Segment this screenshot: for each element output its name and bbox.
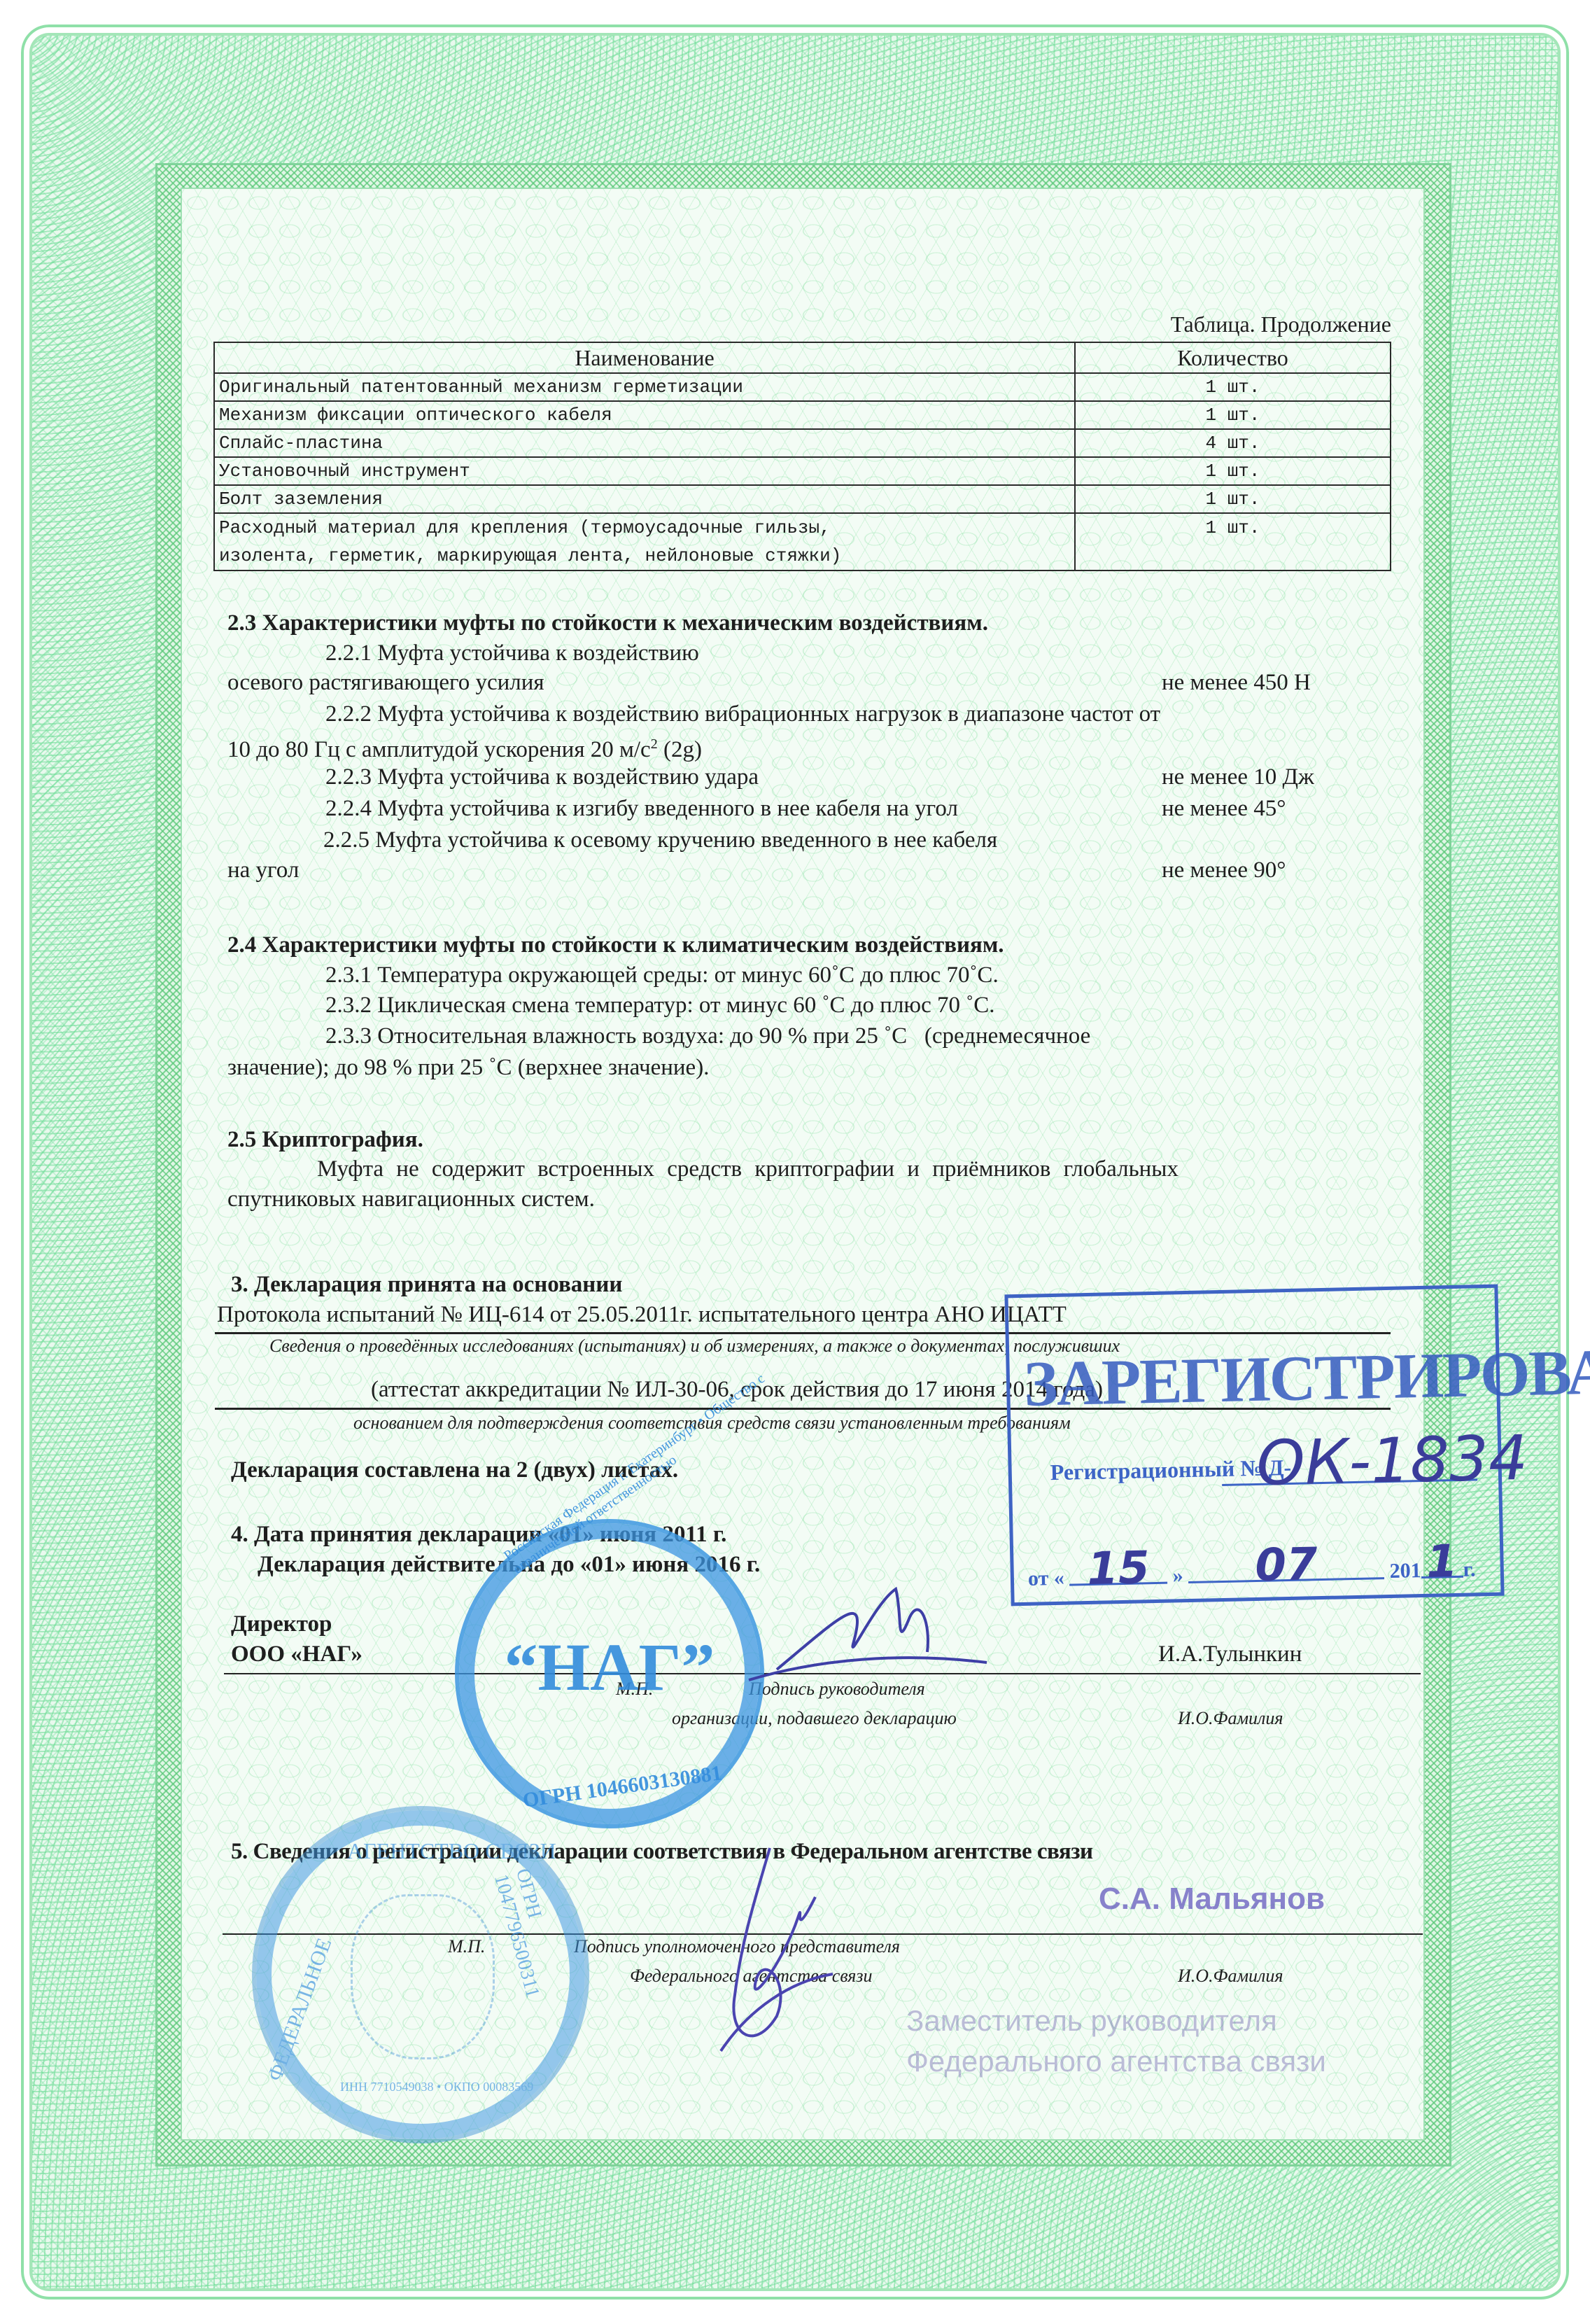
registration-year-digit: 1: [1421, 1548, 1463, 1578]
item-2-3-2: 2.3.2 Циклическая смена температур: от м…: [325, 991, 994, 1019]
superscript: 2: [651, 736, 658, 752]
table-caption: Таблица. Продолжение: [1076, 311, 1391, 337]
registration-stamp: ЗАРЕГИСТРИРОВАНО Регистрационный № Д- ОК…: [1004, 1284, 1504, 1606]
text: »: [1172, 1564, 1183, 1587]
section-3-heading: 3. Декларация принята на основании: [231, 1270, 622, 1298]
item-2-2-2-cont: 10 до 80 Гц с амплитудой ускорения 20 м/…: [227, 730, 702, 764]
table-row: Сплайс-пластина4 шт.: [214, 429, 1391, 457]
components-table: Наименование Количество Оригинальный пат…: [213, 342, 1391, 571]
registration-month: 07: [1188, 1549, 1385, 1583]
item-name: Сплайс-пластина: [214, 429, 1075, 457]
table-row: Оригинальный патентованный механизм герм…: [214, 373, 1391, 401]
item-2-3-3: 2.3.3 Относительная влажность воздуха: д…: [325, 1022, 1382, 1050]
agency-seal: АГЕНТСТВО СВЯЗИ ФЕДЕРАЛЬНОЕ ОГРН 1047796…: [252, 1806, 589, 2143]
item-2-3-1: 2.3.1 Температура окружающей среды: от м…: [325, 961, 999, 989]
item-name: Установочный инструмент: [214, 457, 1075, 485]
agency-signature: [693, 1841, 847, 2058]
position-stamp-line: Заместитель руководителя: [906, 2001, 1326, 2041]
registration-date: от « 15 » 07 2011г.: [1027, 1547, 1475, 1590]
item-2-2-1-value: не менее 450 Н: [1162, 668, 1311, 696]
company-seal: Российская Федерация г. Екатеринбург • О…: [455, 1519, 764, 1828]
signer-name-stamp: С.А. Мальянов: [1099, 1882, 1325, 1917]
item-quantity: 1 шт.: [1075, 373, 1391, 401]
item-2-2-5-cont: на угол: [227, 856, 299, 884]
table-row: Установочный инструмент1 шт.: [214, 457, 1391, 485]
item-2-3-3-cont: значение); до 98 % при 25 ˚С (верхнее зн…: [227, 1053, 709, 1081]
item-quantity: 1 шт.: [1075, 513, 1391, 570]
registration-number-label: Регистрационный № Д-: [1050, 1455, 1291, 1485]
column-header-name: Наименование: [214, 342, 1075, 373]
item-quantity: 1 шт.: [1075, 485, 1391, 513]
name-caption: И.О.Фамилия: [1178, 1708, 1283, 1729]
item-2-2-5-value: не менее 90°: [1162, 856, 1286, 884]
text: г.: [1463, 1557, 1475, 1581]
text: 201: [1389, 1559, 1421, 1583]
item-name: Болт заземления: [214, 485, 1075, 513]
item-2-2-2: 2.2.2 Муфта устойчива к воздействию вибр…: [325, 700, 1160, 728]
seal-ring-text: ФЕДЕРАЛЬНОЕ: [263, 1935, 337, 2084]
table-row: Расходный материал для крепления (термоу…: [214, 513, 1391, 570]
seal-ogrn: ОГРН 1047796500311: [489, 1866, 565, 2000]
text: (2g): [658, 737, 702, 762]
protocol-text: Протокола испытаний № ИЦ-614 от 25.05.20…: [217, 1301, 1067, 1329]
position-stamp: Заместитель руководителя Федерального аг…: [906, 2001, 1326, 2082]
item-name: Оригинальный патентованный механизм герм…: [214, 373, 1075, 401]
section-2-3-heading: 2.3 Характеристики муфты по стойкости к …: [227, 609, 988, 637]
item-2-2-5: 2.2.5 Муфта устойчива к осевому кручению…: [323, 826, 997, 854]
director-signature: [735, 1575, 1001, 1701]
item-2-2-3: 2.2.3 Муфта устойчива к воздействию удар…: [325, 763, 759, 791]
item-2-2-4: 2.2.4 Муфта устойчива к изгибу введенног…: [325, 794, 958, 822]
director-position: Директор: [231, 1610, 332, 1638]
seal-inn-okpo: ИНН 7710549038 • ОКПО 00083569: [340, 2080, 533, 2094]
item-2-2-4-value: не менее 45°: [1162, 794, 1286, 822]
column-header-quantity: Количество: [1075, 342, 1391, 373]
item-2-2-1: 2.2.1 Муфта устойчива к воздействию: [325, 639, 699, 667]
item-quantity: 1 шт.: [1075, 401, 1391, 429]
coat-of-arms-icon: [351, 1894, 495, 2059]
director-company: ООО «НАГ»: [231, 1640, 363, 1668]
caption-test-info: Сведения о проведённых исследованиях (ис…: [269, 1336, 1120, 1357]
registration-number: ОК-1834: [1255, 1422, 1528, 1499]
registration-stamp-title: ЗАРЕГИСТРИРОВАНО: [1023, 1332, 1590, 1420]
name-caption: И.О.Фамилия: [1178, 1966, 1283, 1987]
director-name: И.А.Тулынкин: [1158, 1640, 1302, 1668]
item-name-line: Расходный материал для крепления (термоу…: [219, 514, 1070, 542]
section-2-4-heading: 2.4 Характеристики муфты по стойкости к …: [227, 931, 1004, 959]
seal-ring-text: АГЕНТСТВО СВЯЗИ: [347, 1838, 556, 1864]
table-row: Механизм фиксации оптического кабеля1 шт…: [214, 401, 1391, 429]
crypto-text: Муфта не содержит встроенных средств кри…: [317, 1155, 1179, 1183]
item-name-line: изолента, герметик, маркирующая лента, н…: [219, 542, 1070, 570]
section-2-5-heading: 2.5 Криптография.: [227, 1126, 423, 1154]
item-2-2-1-cont: осевого растягивающего усилия: [227, 668, 544, 696]
table-row: Болт заземления1 шт.: [214, 485, 1391, 513]
crypto-text-cont: спутниковых навигационных систем.: [227, 1185, 595, 1213]
item-name: Механизм фиксации оптического кабеля: [214, 401, 1075, 429]
registration-day: 15: [1069, 1554, 1168, 1586]
text: от «: [1028, 1567, 1065, 1590]
position-stamp-line: Федерального агентства связи: [906, 2041, 1326, 2082]
item-name: Расходный материал для крепления (термоу…: [214, 513, 1075, 570]
item-2-2-3-value: не менее 10 Дж: [1162, 763, 1314, 791]
item-quantity: 4 шт.: [1075, 429, 1391, 457]
text: 10 до 80 Гц с амплитудой ускорения 20 м/…: [227, 737, 651, 762]
item-quantity: 1 шт.: [1075, 457, 1391, 485]
table-header-row: Наименование Количество: [214, 342, 1391, 373]
seal-company-name: “НАГ”: [459, 1628, 760, 1706]
